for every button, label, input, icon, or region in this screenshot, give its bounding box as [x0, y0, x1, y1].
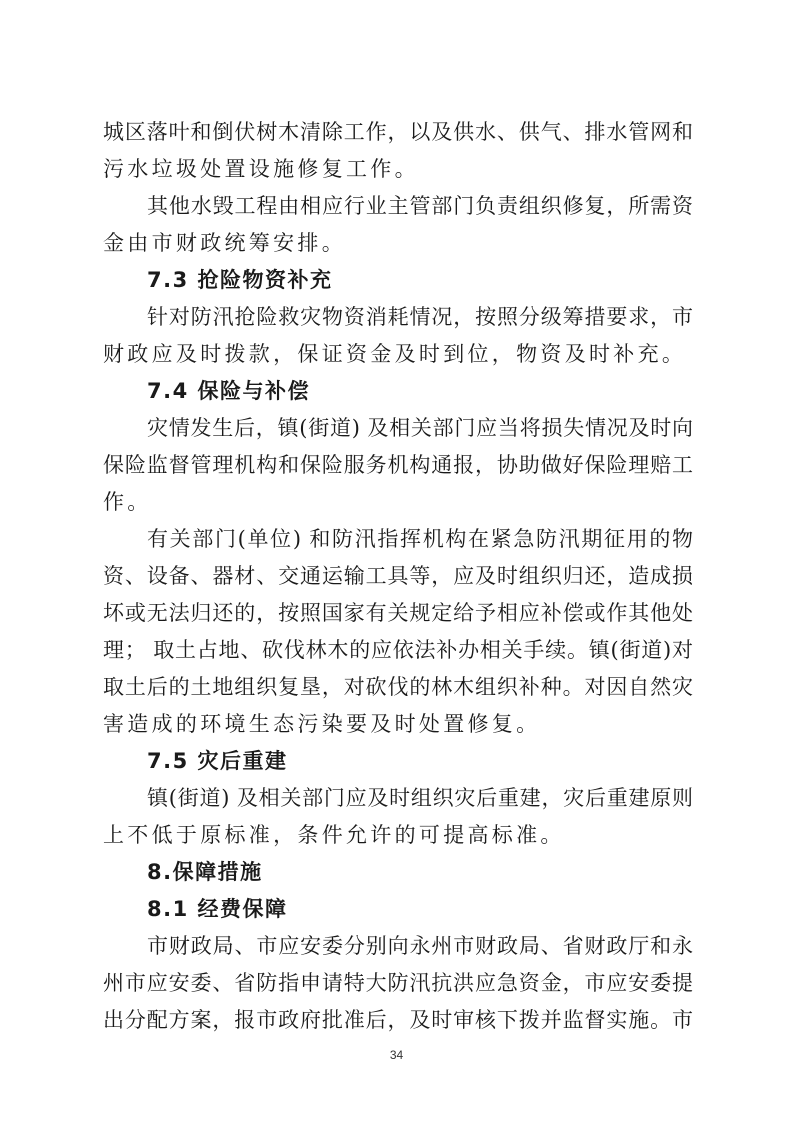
- paragraph-line: 市财政局、市应安委分别向永州市财政局、省财政厅和永: [103, 928, 693, 965]
- paragraph-line: 害造成的环境生态污染要及时处置修复。: [103, 706, 693, 743]
- paragraph-line: 保险监督管理机构和保险服务机构通报，协助做好保险理赔工: [103, 447, 693, 484]
- paragraph-line: 针对防汛抢险救灾物资消耗情况，按照分级筹措要求，市: [103, 299, 693, 336]
- section-heading-7-5: 7.5 灾后重建: [103, 743, 693, 780]
- section-heading-8-1: 8.1 经费保障: [103, 891, 693, 928]
- section-heading-8: 8.保障措施: [103, 854, 693, 891]
- paragraph-line: 镇(街道) 及相关部门应及时组织灾后重建，灾后重建原则: [103, 780, 693, 817]
- paragraph-line: 出分配方案，报市政府批准后，及时审核下拨并监督实施。市: [103, 1002, 693, 1039]
- section-heading-7-4: 7.4 保险与补偿: [103, 373, 693, 410]
- paragraph-line: 财政应及时拨款，保证资金及时到位，物资及时补充。: [103, 336, 693, 373]
- paragraph-line: 污水垃圾处置设施修复工作。: [103, 151, 693, 188]
- paragraph-line: 州市应安委、省防指申请特大防汛抗洪应急资金，市应安委提: [103, 965, 693, 1002]
- paragraph-line: 取土后的土地组织复垦，对砍伐的林木组织补种。对因自然灾: [103, 669, 693, 706]
- paragraph-line: 理； 取土占地、砍伐林木的应依法补办相关手续。镇(街道)对: [103, 632, 693, 669]
- paragraph-line: 其他水毁工程由相应行业主管部门负责组织修复，所需资: [103, 188, 693, 225]
- page-number: 34: [0, 1048, 793, 1062]
- paragraph-line: 金由市财政统筹安排。: [103, 225, 693, 262]
- paragraph-line: 坏或无法归还的，按照国家有关规定给予相应补偿或作其他处: [103, 595, 693, 632]
- paragraph-line: 作。: [103, 484, 693, 521]
- paragraph-line: 资、设备、器材、交通运输工具等，应及时组织归还，造成损: [103, 558, 693, 595]
- paragraph-line: 上不低于原标准，条件允许的可提高标准。: [103, 817, 693, 854]
- paragraph-line: 灾情发生后，镇(街道) 及相关部门应当将损失情况及时向: [103, 410, 693, 447]
- paragraph-line: 有关部门(单位) 和防汛指挥机构在紧急防汛期征用的物: [103, 521, 693, 558]
- section-heading-7-3: 7.3 抢险物资补充: [103, 262, 693, 299]
- paragraph-line: 城区落叶和倒伏树木清除工作，以及供水、供气、排水管网和: [103, 114, 693, 151]
- document-page: 城区落叶和倒伏树木清除工作，以及供水、供气、排水管网和 污水垃圾处置设施修复工作…: [103, 114, 693, 1039]
